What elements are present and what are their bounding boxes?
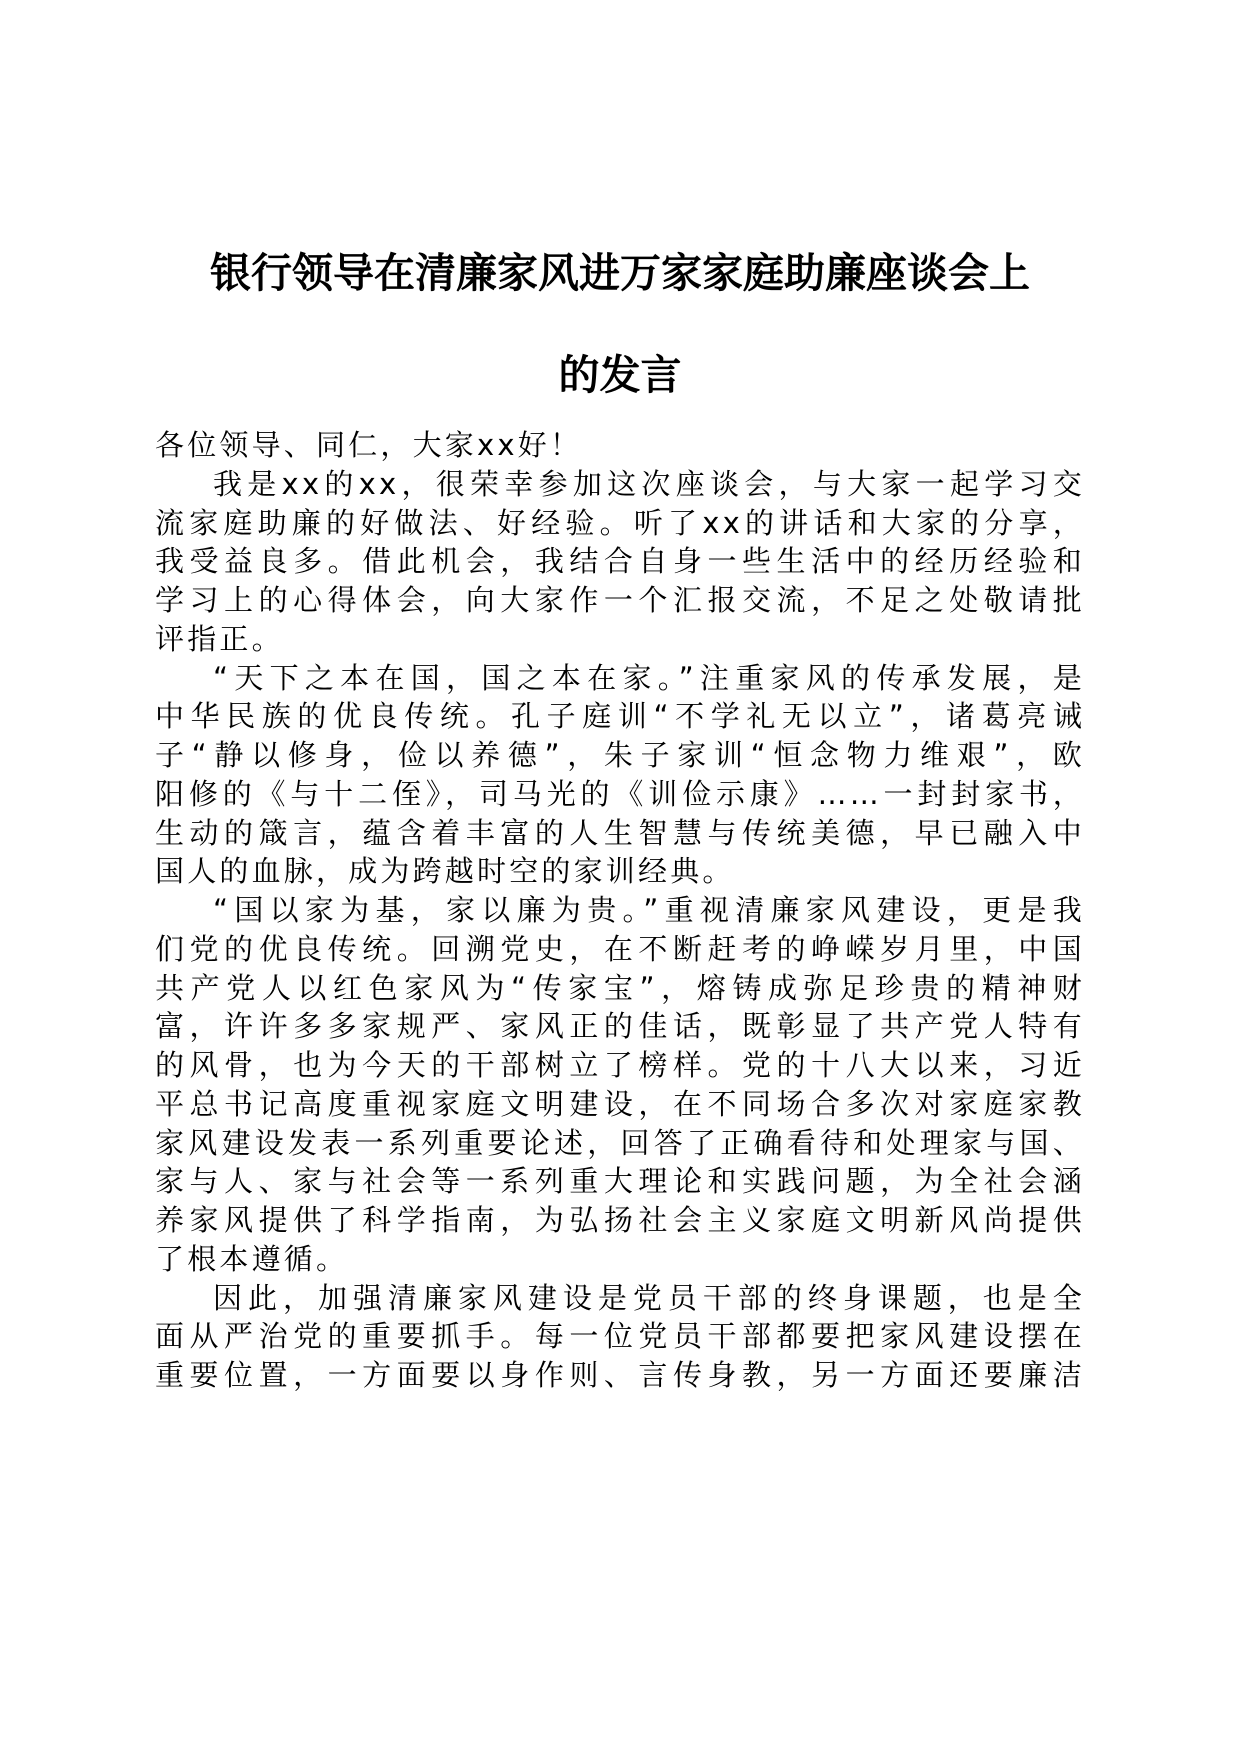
- body-text-line: 养家风提供了科学指南，为弘扬社会主义家庭文明新风尚提供: [155, 1201, 1085, 1239]
- body-text-line: 评指正。: [155, 620, 1085, 658]
- body-text-line: 共产党人以红色家风为“传家宝”，熔铸成弥足珍贵的精神财: [155, 969, 1085, 1007]
- document-title-line-2: 的发言: [150, 350, 1090, 400]
- body-text-line: 家风建设发表一系列重要论述，回答了正确看待和处理家与国、: [155, 1124, 1085, 1162]
- body-text-line: 我受益良多。借此机会，我结合自身一些生活中的经历经验和: [155, 542, 1085, 580]
- body-text-line: “天下之本在国，国之本在家。”注重家风的传承发展，是: [213, 659, 1085, 697]
- body-text-line: 子“静以修身，俭以养德”，朱子家训“恒念物力维艰”，欧: [155, 736, 1085, 774]
- body-text-line: 学习上的心得体会，向大家作一个汇报交流，不足之处敬请批: [155, 581, 1085, 619]
- body-text-line: 们党的优良传统。回溯党史，在不断赶考的峥嵘岁月里，中国: [155, 930, 1085, 968]
- body-text-line: 富，许许多多家规严、家风正的佳话，既彰显了共产党人特有: [155, 1007, 1085, 1045]
- body-text-line: “国以家为基，家以廉为贵。”重视清廉家风建设，更是我: [213, 891, 1085, 929]
- body-text-line: 中华民族的优良传统。孔子庭训“不学礼无以立”，诸葛亮诫: [155, 697, 1085, 735]
- body-text-line: 平总书记高度重视家庭文明建设，在不同场合多次对家庭家教: [155, 1085, 1085, 1123]
- body-text-line: 流家庭助廉的好做法、好经验。听了xx的讲话和大家的分享，: [155, 504, 1085, 542]
- body-text-line: 家与人、家与社会等一系列重大理论和实践问题，为全社会涵: [155, 1162, 1085, 1200]
- body-text-line: 的风骨，也为今天的干部树立了榜样。党的十八大以来，习近: [155, 1046, 1085, 1084]
- body-text-line: 阳修的《与十二侄》，司马光的《训俭示康》……一封封家书，: [155, 775, 1085, 813]
- body-text-line: 生动的箴言，蕴含着丰富的人生智慧与传统美德，早已融入中: [155, 814, 1085, 852]
- document-title-line-1: 银行领导在清廉家风进万家家庭助廉座谈会上: [150, 248, 1090, 298]
- body-text-line: 了根本遵循。: [155, 1240, 1085, 1278]
- document-page: 银行领导在清廉家风进万家家庭助廉座谈会上 的发言 各位领导、同仁，大家xx好！我…: [0, 0, 1240, 1754]
- body-text-line: 因此，加强清廉家风建设是党员干部的终身课题，也是全: [213, 1279, 1085, 1317]
- body-text-line: 重要位置，一方面要以身作则、言传身教，另一方面还要廉洁: [155, 1356, 1085, 1394]
- body-text-line: 面从严治党的重要抓手。每一位党员干部都要把家风建设摆在: [155, 1317, 1085, 1355]
- body-text-line: 各位领导、同仁，大家xx好！: [155, 426, 1085, 464]
- body-text-line: 我是xx的xx，很荣幸参加这次座谈会，与大家一起学习交: [213, 465, 1085, 503]
- body-text-line: 国人的血脉，成为跨越时空的家训经典。: [155, 852, 1085, 890]
